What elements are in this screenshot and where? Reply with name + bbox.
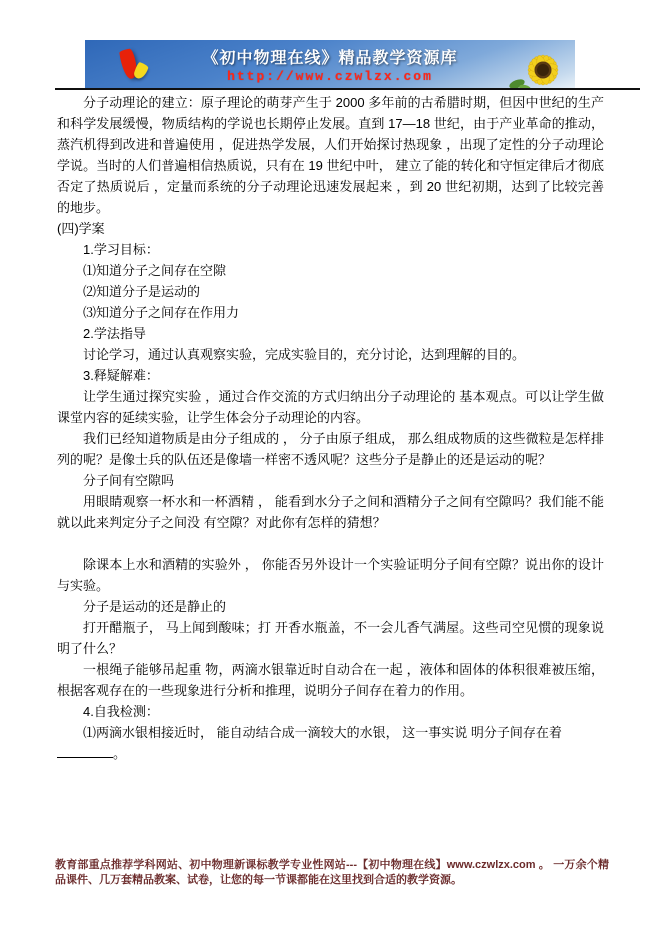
banner-url-link[interactable]: http://www.czwlzx.com <box>85 69 575 84</box>
paragraph: (四)学案 <box>57 218 604 239</box>
footer-text: 教育部重点推荐学科网站、初中物理新课标教学专业性网站---【初中物理在线】www… <box>55 859 609 886</box>
paragraph: 除课本上水和酒精的实验外 ， 你能否另外设计一个实验证明分子间有空隙？说出你的设… <box>57 554 604 596</box>
document-page: 《初中物理在线》精品教学资源库 http://www.czwlzx.com <box>0 0 661 936</box>
paragraph: 打开醋瓶子， 马上闻到酸味；打 开香水瓶盖，不一会儿香气满屋。这些司空见惯的现象… <box>57 617 604 659</box>
site-banner: 《初中物理在线》精品教学资源库 http://www.czwlzx.com <box>85 40 575 88</box>
paragraph: ⑶知道分子之间存在作用力 <box>57 302 604 323</box>
paragraph: 分子间有空隙吗 <box>57 470 604 491</box>
fill-in-blank-line <box>57 744 113 758</box>
paragraph: ⑴知道分子之间存在空隙 <box>57 260 604 281</box>
paragraph: 讨论学习，通过认真观察实验，完成实验目的，充分讨论，达到理解的目的。 <box>57 344 604 365</box>
paragraph: 用眼睛观察一杯水和一杯酒精 ， 能看到水分子之间和酒精分子之间有空隙吗？我们能不… <box>57 491 604 533</box>
paragraph: 分子动理论的建立：原子理论的萌芽产生于 2000 多年前的古希腊时期，但因中世纪… <box>57 92 604 218</box>
paragraph: ⑵知道分子是运动的 <box>57 281 604 302</box>
header-divider <box>55 88 640 90</box>
paragraph: 一根绳子能够吊起重 物，两滴水银靠近时自动合在一起 ，液体和固体的体积很难被压缩… <box>57 659 604 701</box>
paragraph: 2.学法指导 <box>57 323 604 344</box>
paragraph: ⑴两滴水银相接近时， 能自动结合成一滴较大的水银， 这一事实说 明分子间存在着 <box>57 722 604 743</box>
footer-note: 教育部重点推荐学科网站、初中物理新课标教学专业性网站---【初中物理在线】www… <box>55 858 609 888</box>
document-body: 分子动理论的建立：原子理论的萌芽产生于 2000 多年前的古希腊时期，但因中世纪… <box>57 92 604 764</box>
banner-text-block: 《初中物理在线》精品教学资源库 http://www.czwlzx.com <box>85 40 575 84</box>
sunflower-icon <box>505 42 569 88</box>
paragraph: 4.自我检测： <box>57 701 604 722</box>
paragraph: 3.释疑解难： <box>57 365 604 386</box>
paragraph: 我们已经知道物质是由分子组成的 ， 分子由原子组成， 那么组成物质的这些微粒是怎… <box>57 428 604 470</box>
paragraph: 让学生通过探究实验 ，通过合作交流的方式归纳出分子动理论的 基本观点。可以让学生… <box>57 386 604 428</box>
banner-title: 《初中物理在线》精品教学资源库 <box>85 45 575 68</box>
paragraph: 。 <box>57 743 604 764</box>
paragraph: 分子是运动的还是静止的 <box>57 596 604 617</box>
paragraph: 1.学习目标： <box>57 239 604 260</box>
